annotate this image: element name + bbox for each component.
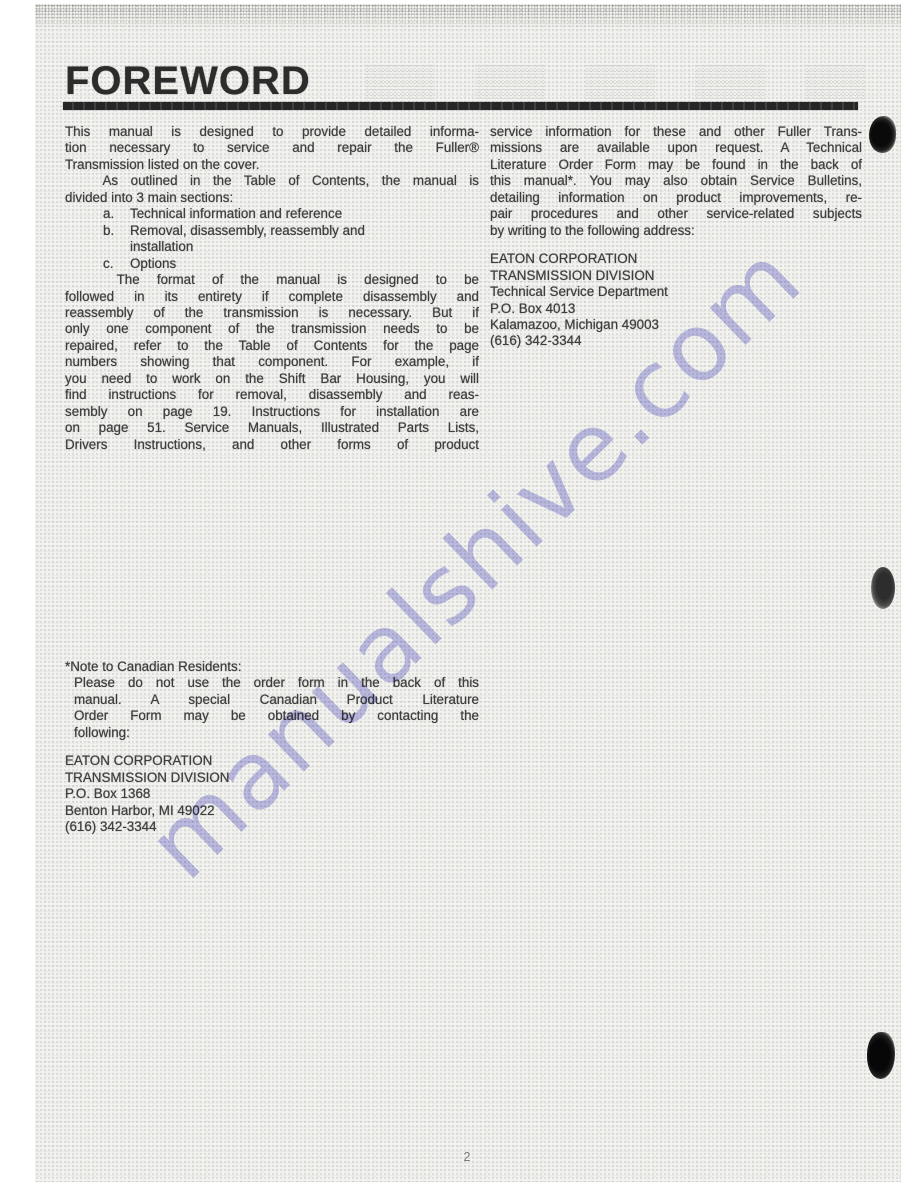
- text-line: manual. A special Canadian Product Liter…: [74, 692, 479, 708]
- text-line: find instructions for removal, disassemb…: [65, 387, 479, 403]
- canadian-note-heading: *Note to Canadian Residents:: [65, 659, 479, 675]
- binding-hole: [867, 1032, 895, 1079]
- text-line: P.O. Box 4013: [490, 301, 862, 317]
- text-line: Please do not use the order form in the …: [74, 675, 479, 691]
- text-line: sembly on page 19. Instructions for inst…: [65, 404, 479, 420]
- paragraph-sections: As outlined in the Table of Contents, th…: [65, 173, 479, 206]
- text-line: on page 51. Service Manuals, Illustrated…: [65, 420, 479, 436]
- binding-hole: [869, 116, 896, 153]
- text-line: P.O. Box 1368: [65, 786, 479, 802]
- list-item-c: c. Options: [65, 256, 479, 272]
- scan-edge-noise: [35, 4, 901, 30]
- left-column: This manual is designed to provide detai…: [65, 124, 479, 453]
- address-block-kalamazoo: EATON CORPORATIONTRANSMISSION DIVISIONTe…: [490, 251, 862, 350]
- paragraph-format: The format of the manual is designed to …: [65, 272, 479, 453]
- page-number: 2: [35, 1150, 901, 1164]
- paragraph-service-info: service information for these and other …: [490, 124, 862, 239]
- scanned-manual-page: FOREWORD This manual is designed to prov…: [0, 0, 917, 1188]
- text-line: Benton Harbor, MI 49022: [65, 803, 479, 819]
- text-line: TRANSMISSION DIVISION: [65, 770, 479, 786]
- text-line: Drivers Instructions, and other forms of…: [65, 437, 479, 453]
- list-text: Technical information and reference: [130, 206, 479, 222]
- text-line: This manual is designed to provide detai…: [65, 124, 479, 140]
- list-label: b.: [103, 223, 130, 239]
- text-line: Technical Service Department: [490, 284, 862, 300]
- text-line: numbers showing that component. For exam…: [65, 354, 479, 370]
- text-line: this manual*. You may also obtain Servic…: [490, 173, 862, 189]
- list-label: a.: [103, 206, 130, 222]
- list-text: Removal, disassembly, reassembly and: [130, 223, 479, 239]
- address-block-benton-harbor: EATON CORPORATIONTRANSMISSION DIVISIONP.…: [65, 753, 479, 835]
- text-line: (616) 342-3344: [490, 333, 862, 349]
- list-label: [103, 239, 130, 255]
- list-text: Options: [130, 256, 479, 272]
- text-line: As outlined in the Table of Contents, th…: [65, 173, 479, 189]
- text-line: reassembly of the transmission is necess…: [65, 305, 479, 321]
- text-line: divided into 3 main sections:: [65, 190, 479, 206]
- list-text: installation: [130, 239, 479, 255]
- text-line: pair procedures and other service-relate…: [490, 206, 862, 222]
- text-line: following:: [74, 725, 479, 741]
- text-line: tion necessary to service and repair the…: [65, 140, 479, 156]
- text-line: service information for these and other …: [490, 124, 862, 140]
- text-line: TRANSMISSION DIVISION: [490, 268, 862, 284]
- canadian-note: *Note to Canadian Residents: Please do n…: [65, 659, 479, 836]
- paper-scan-area: FOREWORD This manual is designed to prov…: [35, 4, 901, 1182]
- text-line: missions are available upon request. A T…: [490, 140, 862, 156]
- list-item-a: a. Technical information and reference: [65, 206, 479, 222]
- page-title: FOREWORD: [65, 60, 311, 102]
- text-line: by writing to the following address:: [490, 223, 862, 239]
- text-line: EATON CORPORATION: [65, 753, 479, 769]
- text-line: detailing information on product improve…: [490, 190, 862, 206]
- text-line: repaired, refer to the Table of Contents…: [65, 338, 479, 354]
- canadian-note-body: Please do not use the order form in the …: [65, 675, 479, 741]
- right-column: service information for these and other …: [490, 124, 862, 350]
- list-label: c.: [103, 256, 130, 272]
- text-line: you need to work on the Shift Bar Housin…: [65, 371, 479, 387]
- title-rule: [63, 102, 858, 110]
- list-item-b-continued: installation: [65, 239, 479, 255]
- ghost-bleed-through: [365, 64, 865, 100]
- text-line: followed in its entirety if complete dis…: [65, 289, 479, 305]
- text-line: Transmission listed on the cover.: [65, 157, 479, 173]
- text-line: only one component of the transmission n…: [65, 321, 479, 337]
- text-line: (616) 342-3344: [65, 819, 479, 835]
- binding-hole: [871, 567, 895, 609]
- list-item-b: b. Removal, disassembly, reassembly and: [65, 223, 479, 239]
- text-line: Kalamazoo, Michigan 49003: [490, 317, 862, 333]
- text-line: Literature Order Form may be found in th…: [490, 157, 862, 173]
- text-line: Order Form may be obtained by contacting…: [74, 708, 479, 724]
- text-line: The format of the manual is designed to …: [65, 272, 479, 288]
- paragraph-intro: This manual is designed to provide detai…: [65, 124, 479, 173]
- text-line: EATON CORPORATION: [490, 251, 862, 267]
